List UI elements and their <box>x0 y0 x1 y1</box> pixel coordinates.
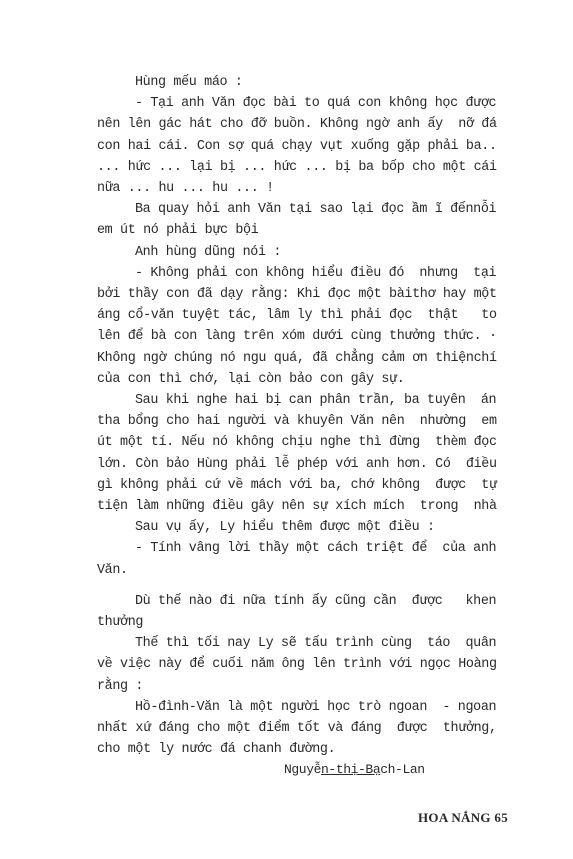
author-signature: Nguyễn-thị-Bạch-Lan <box>284 762 425 777</box>
text-line: Anh hùng dũng nói : <box>135 242 555 263</box>
publication-name: HOA NẮNG <box>418 810 491 825</box>
text-line: ... hức ... lại bị ... hức ... bị ba bốp… <box>97 157 517 178</box>
text-line: Dù thế nào đi nữa tính ấy cũng cần được … <box>135 591 555 612</box>
text-line: gì không phải cứ về mách với ba, chớ khô… <box>97 475 517 496</box>
signature-underlined: n-thị-Bạ <box>321 762 380 777</box>
text-line: Hồ-đình-Văn là một người học trò ngoan -… <box>135 697 555 718</box>
text-line: Hùng mếu máo : <box>135 72 555 93</box>
document-page: Hùng mếu máo :- Tại anh Văn đọc bài to q… <box>0 0 573 859</box>
signature-text-end: ch-Lan <box>380 762 424 777</box>
text-line: cho một ly nước đá chanh đường. <box>97 739 517 760</box>
page-number: 65 <box>494 810 508 825</box>
text-line: Sau vụ ấy, Ly hiểu thêm được một điều : <box>135 517 555 538</box>
text-line: - Tính vâng lời thầy một cách triệt để c… <box>135 538 555 559</box>
text-line: thưởng <box>97 612 517 633</box>
text-line: Ba quay hỏi anh Văn tại sao lại đọc ầm ĩ… <box>135 199 555 220</box>
text-line: Văn. <box>97 560 517 581</box>
text-line: tha bổng cho hai người và khuyên Văn nên… <box>97 411 517 432</box>
text-line: tiện làm những điều gây nên sự xích mích… <box>97 496 517 517</box>
page-footer: HOA NẮNG 65 <box>418 810 508 826</box>
text-line: nữa ... hu ... hu ... ! <box>97 178 517 199</box>
text-line: áng cổ-văn tuyệt tác, lâm ly thì phải đọ… <box>97 305 517 326</box>
text-line: nhất xứ đáng cho một điểm tốt và đáng đư… <box>97 718 517 739</box>
text-line: bởi thầy con đã dạy rằng: Khi đọc một bà… <box>97 284 517 305</box>
text-line: lên để bà con làng trên xóm dưới cùng th… <box>97 326 517 347</box>
text-line: - Tại anh Văn đọc bài to quá con không h… <box>135 93 555 114</box>
text-line: về việc này để cuối năm ông lên trình vớ… <box>97 654 517 675</box>
text-line: - Không phải con không hiểu điều đó nhưn… <box>135 263 555 284</box>
text-line: nên lên gác hát cho đỡ buồn. Không ngờ a… <box>97 114 517 135</box>
text-line: Không ngờ chúng nó ngu quá, đã chẳng cảm… <box>97 348 517 369</box>
text-line: rằng : <box>97 676 517 697</box>
signature-text: Nguyễ <box>284 762 321 777</box>
text-line: út một tí. Nếu nó không chịu nghe thì đừ… <box>97 432 517 453</box>
text-line: Thế thì tối nay Ly sẽ tấu trình cùng táo… <box>135 633 555 654</box>
text-line: con hai cái. Con sợ quá chạy vụt xuống g… <box>97 136 517 157</box>
text-line: em út nó phải bực bội <box>97 220 517 241</box>
text-line: của con thì chớ, lại còn bảo con gây sự. <box>97 369 517 390</box>
text-line: Sau khi nghe hai bị can phân trần, ba tu… <box>135 390 555 411</box>
text-line: lớn. Còn bảo Hùng phải lễ phép với anh h… <box>97 454 517 475</box>
